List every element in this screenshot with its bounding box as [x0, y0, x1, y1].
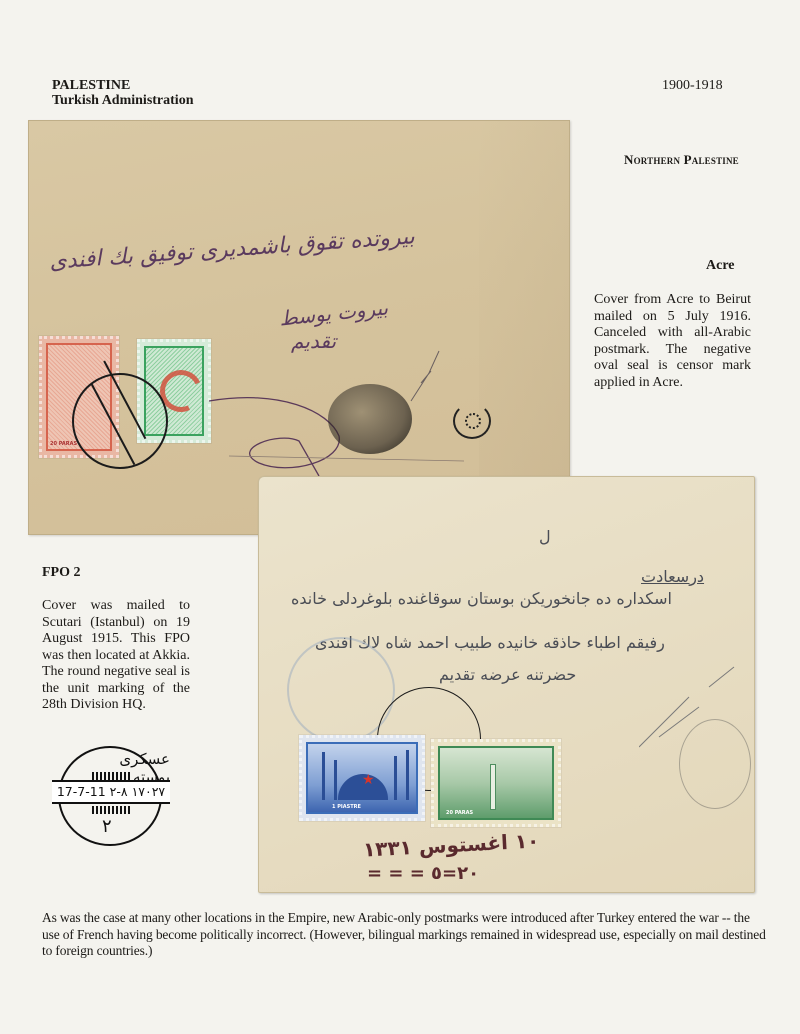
- fpo-postmark-illustration: عسكرى پوسته 17-7-11 ١٧٠٢٧ ٨-٢ ٢: [52, 744, 170, 848]
- date-annotation: ١٠ اغستوس ١٣٣١: [362, 828, 539, 861]
- page-subtitle: Turkish Administration: [52, 93, 193, 108]
- round-postmark: [72, 373, 168, 469]
- fpo-description: Cover was mailed to Scutari (Istanbul) o…: [42, 598, 190, 714]
- address-line: بيروت يوسط: [278, 295, 389, 330]
- fpo-heading: FPO 2: [42, 565, 81, 581]
- period-label: 1900-1918: [662, 78, 723, 93]
- postmark-date: 17-7-11 ١٧٠٢٧ ٨-٢: [52, 784, 170, 799]
- acre-description: Cover from Acre to Beirut mailed on 5 Ju…: [594, 292, 751, 391]
- address-line: حضرتنه عرضه تقديم: [439, 665, 576, 684]
- fpo-cover-image: ل درسعادت اسكداره ده جانخوريكن بوستان سو…: [258, 476, 755, 893]
- page-title: PALESTINE: [52, 78, 130, 93]
- green-lighthouse-stamp: 20 PARAS: [431, 739, 561, 827]
- red-star-icon: ★: [362, 772, 375, 789]
- fee-annotation: = = = ٢٠=٥: [367, 863, 479, 884]
- acre-heading: Acre: [706, 258, 735, 274]
- acre-cover-image: بيروتده تقوق باشمديرى توفيق بك افندى بير…: [28, 120, 570, 535]
- region-heading: Northern Palestine: [624, 152, 739, 168]
- address-line: بيروتده تقوق باشمديرى توفيق بك افندى: [49, 224, 416, 274]
- postmark-number: ٢: [102, 816, 112, 837]
- address-line: درسعادت: [641, 567, 704, 586]
- censor-seal: [328, 384, 412, 454]
- blue-mosque-stamp: ★ 1 PIASTRE: [299, 735, 425, 821]
- footer-note: As was the case at many other locations …: [42, 910, 766, 960]
- address-line: اسكداره ده جانخوريكن بوستان سوقاغنده بلو…: [291, 589, 672, 608]
- address-line: تقديم: [291, 329, 336, 353]
